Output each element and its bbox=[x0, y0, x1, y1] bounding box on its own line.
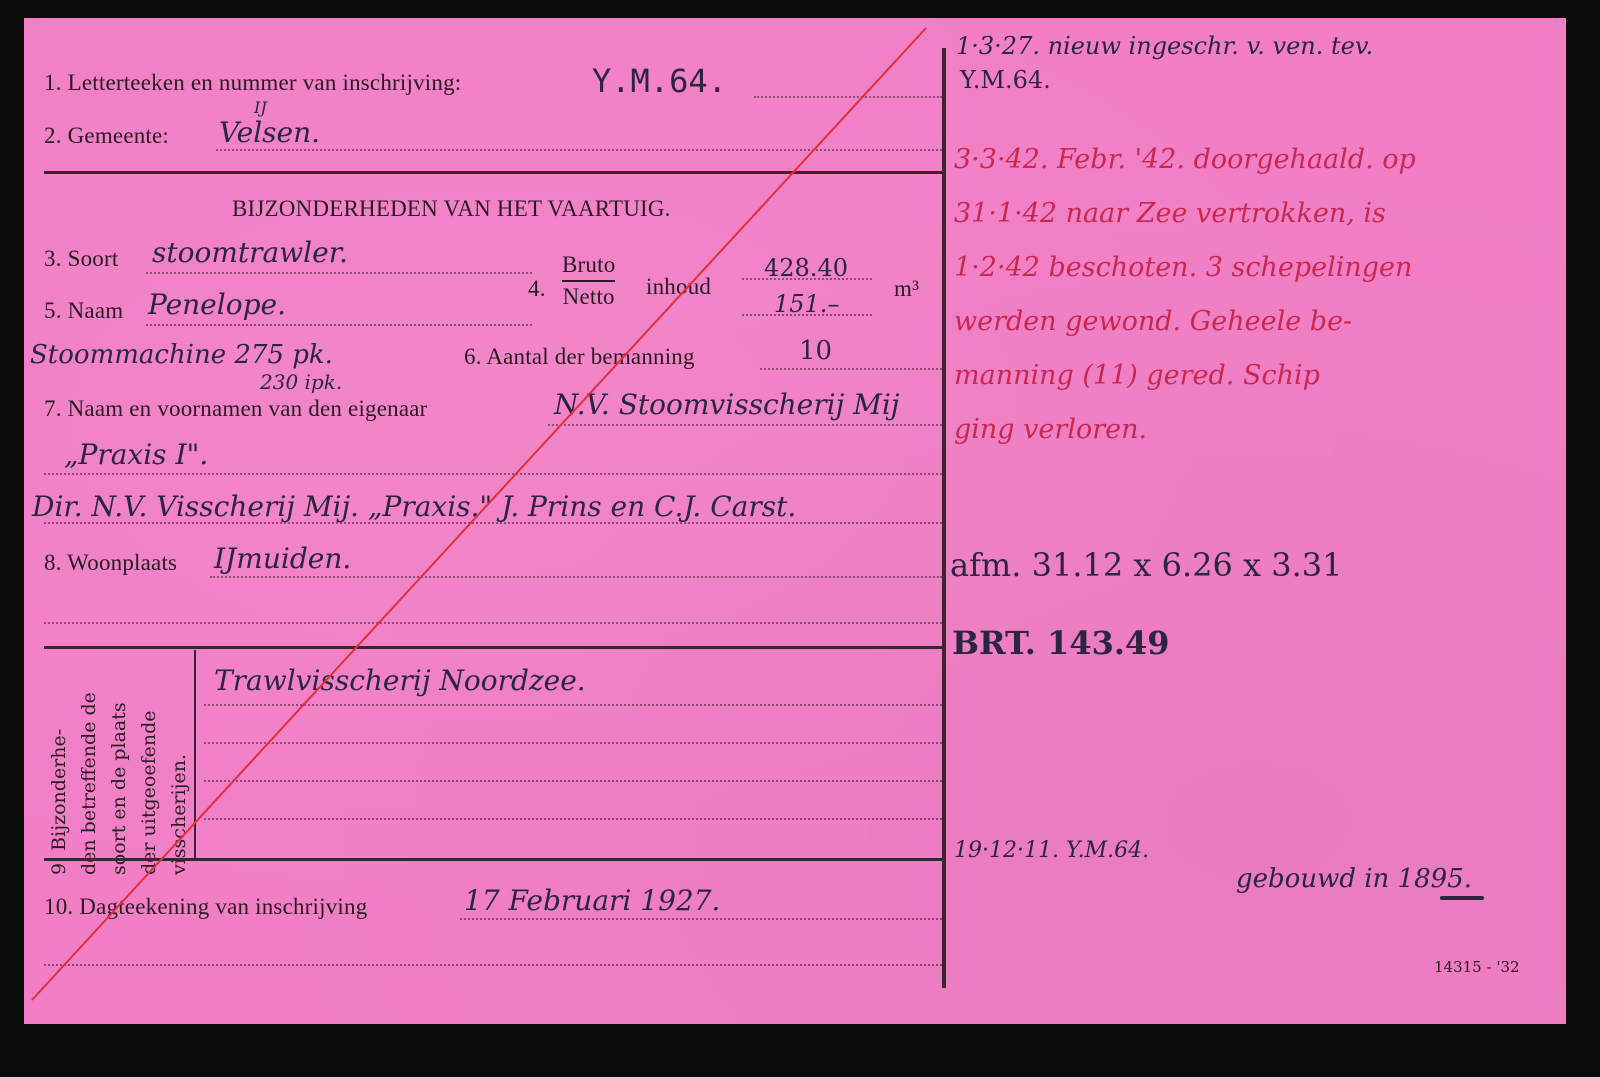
bruto-label: Bruto bbox=[562, 252, 615, 282]
field-9-divider bbox=[194, 650, 196, 858]
field-4-bruto-netto: Bruto Netto bbox=[562, 252, 615, 310]
field-10-label: 10. Dagteekening van inschrijving bbox=[44, 894, 367, 920]
field-7-dotted-line-3 bbox=[44, 522, 942, 524]
field-4-unit: m³ bbox=[894, 276, 919, 302]
note-1-line1: 1·3·27. nieuw ingeschr. v. ven. tev. bbox=[956, 32, 1373, 60]
field-5-value: Penelope. bbox=[148, 288, 286, 321]
section-title: BIJZONDERHEDEN VAN HET VAARTUIG. bbox=[232, 196, 671, 222]
engine-value: Stoommachine 275 pk. bbox=[30, 340, 333, 370]
field-6-dotted-line bbox=[760, 368, 942, 370]
column-divider bbox=[942, 48, 946, 988]
field-9-label-line: visscherijen. bbox=[164, 670, 194, 875]
engine-correction: 230 ipk. bbox=[260, 370, 342, 394]
field-9-dotted-line-2 bbox=[204, 742, 942, 744]
field-4-suffix: inhoud bbox=[646, 274, 711, 300]
field-8-dotted-line-2 bbox=[44, 622, 942, 624]
field-8-value: IJmuiden. bbox=[214, 542, 351, 575]
note-previous-registration: 19·12·11. Y.M.64. bbox=[954, 838, 1149, 863]
field-4-number: 4. bbox=[528, 276, 546, 302]
field-9-value: Trawlvisscherij Noordzee. bbox=[214, 664, 586, 697]
field-1-dotted-line bbox=[754, 96, 942, 98]
field-7-value-line2: „Praxis I". bbox=[64, 438, 208, 471]
red-note-line: ging verloren. bbox=[954, 414, 1147, 445]
field-9-label-line: der uitgeoefende bbox=[134, 670, 164, 875]
field-9-dotted-line-3 bbox=[204, 780, 942, 782]
field-10-dotted-line-2 bbox=[44, 964, 942, 966]
field-2-label: 2. Gemeente: bbox=[44, 123, 169, 149]
registration-card: 1. Letterteeken en nummer van inschrijvi… bbox=[24, 18, 1566, 1024]
bruto-dotted-line bbox=[742, 278, 872, 280]
field-1-value: Y.M.64. bbox=[592, 62, 727, 100]
field-6-label: 6. Aantal der bemanning bbox=[464, 344, 695, 370]
field-9-label-line: soort en de plaats bbox=[104, 670, 134, 875]
field-9-dotted-line-1 bbox=[204, 704, 942, 706]
dimensions: afm. 31.12 x 6.26 x 3.31 bbox=[950, 546, 1343, 584]
field-8-label: 8. Woonplaats bbox=[44, 550, 177, 576]
field-2-dotted-line bbox=[216, 149, 942, 151]
section-divider-9 bbox=[44, 646, 942, 649]
field-9-dotted-line-4 bbox=[204, 818, 942, 820]
field-5-label: 5. Naam bbox=[44, 298, 123, 324]
red-note-line: manning (11) gered. Schip bbox=[954, 360, 1320, 391]
print-code: 14315 - '32 bbox=[1434, 958, 1520, 976]
field-2-annotation: IJ bbox=[254, 98, 267, 117]
red-note-line: 3·3·42. Febr. '42. doorgehaald. op bbox=[954, 144, 1416, 175]
note-1-line2: Y.M.64. bbox=[960, 66, 1051, 94]
brt: BRT. 143.49 bbox=[952, 624, 1170, 662]
field-3-value: stoomtrawler. bbox=[152, 236, 348, 269]
field-1-label: 1. Letterteeken en nummer van inschrijvi… bbox=[44, 70, 461, 96]
section-divider-top bbox=[44, 171, 942, 174]
section-divider-10 bbox=[44, 858, 942, 861]
field-9-label: 9. Bijzonderhe- den betreffende de soort… bbox=[44, 670, 194, 875]
field-10-dotted-line bbox=[460, 918, 942, 920]
built-year: gebouwd in 1895. bbox=[1236, 864, 1472, 894]
netto-dotted-line bbox=[742, 314, 872, 316]
field-10-value: 17 Februari 1927. bbox=[464, 884, 720, 917]
field-7-label: 7. Naam en voornamen van den eigenaar bbox=[44, 396, 428, 422]
field-6-value: 10 bbox=[799, 336, 832, 366]
field-2-value: Velsen. bbox=[219, 116, 320, 149]
red-note-line: werden gewond. Geheele be- bbox=[954, 306, 1352, 337]
red-note-line: 1·2·42 beschoten. 3 schepelingen bbox=[954, 252, 1412, 283]
field-7-value-line1: N.V. Stoomvisscherij Mij bbox=[554, 388, 899, 421]
red-note-line: 31·1·42 naar Zee vertrokken, is bbox=[954, 198, 1386, 229]
field-7-dotted-line-1 bbox=[548, 424, 942, 426]
field-5-dotted-line bbox=[146, 324, 532, 326]
field-8-dotted-line bbox=[210, 576, 942, 578]
field-3-label: 3. Soort bbox=[44, 246, 118, 272]
field-7-value-line3: Dir. N.V. Visscherij Mij. „Praxis." J. P… bbox=[32, 490, 796, 523]
netto-label: Netto bbox=[562, 282, 615, 310]
field-7-dotted-line-2 bbox=[44, 473, 942, 475]
built-year-underline bbox=[1440, 896, 1484, 900]
field-9-label-line: 9. Bijzonderhe- bbox=[44, 670, 74, 875]
field-9-label-line: den betreffende de bbox=[74, 670, 104, 875]
field-3-dotted-line bbox=[146, 272, 532, 274]
